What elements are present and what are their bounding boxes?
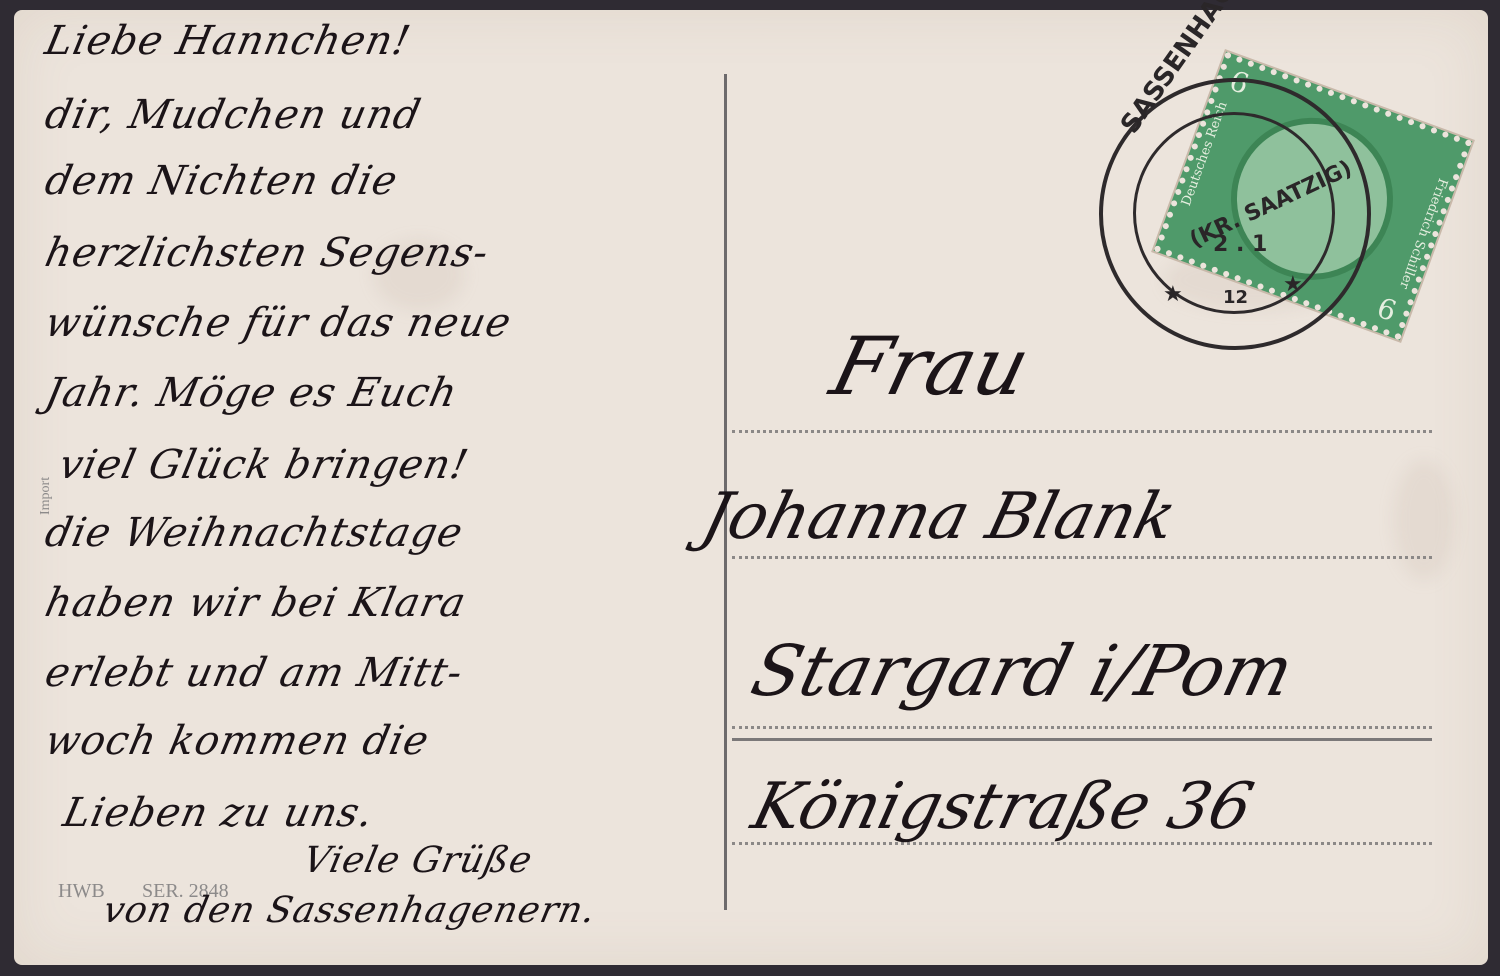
address-salutation: Frau — [822, 320, 1038, 413]
message-line: dem Nichten die — [41, 158, 402, 204]
address-line — [732, 556, 1432, 559]
stamp-portrait-name: Friedrich Schiller — [1397, 176, 1451, 291]
star-icon: ★ — [1163, 282, 1183, 307]
stamp-value: 6 — [1373, 291, 1401, 328]
address-line — [732, 430, 1432, 433]
message-line: viel Glück bringen! — [55, 442, 473, 488]
postmark-date: 2 . 1 — [1213, 232, 1267, 257]
message-line: Liebe Hannchen! — [41, 18, 415, 64]
postmark: SASSENHAGEN (KR. SAATZIG) 2 . 1 12 ★ ★ — [1099, 78, 1371, 350]
message-line: haben wir bei Klara — [41, 580, 470, 626]
message-line: Viele Grüße — [300, 840, 537, 881]
message-line: wünsche für das neue — [41, 300, 516, 346]
message-line: von den Sassenhagenern. — [100, 890, 600, 931]
address-city: Stargard i/Pom — [744, 630, 1302, 712]
address-line-solid — [732, 738, 1432, 741]
postmark-hour: 12 — [1223, 287, 1248, 308]
message-line: Lieben zu uns. — [59, 790, 378, 836]
address-street: Königstraße 36 — [745, 770, 1260, 844]
message-line: dir, Mudchen und — [41, 92, 425, 138]
address-line — [732, 726, 1432, 729]
message-line: woch kommen die — [41, 718, 433, 764]
message-line: Jahr. Möge es Euch — [41, 370, 462, 416]
stain — [1394, 460, 1454, 580]
message-line: herzlichsten Segens- — [41, 230, 493, 276]
publisher-mark: HWB — [58, 880, 105, 903]
message-line: erlebt und am Mitt- — [41, 650, 467, 696]
star-icon: ★ — [1283, 272, 1303, 297]
message-line: die Weihnachtstage — [41, 510, 467, 556]
postcard-back: Import HWB SER. 2848 Liebe Hannchen! dir… — [14, 10, 1488, 965]
address-name: Johanna Blank — [695, 480, 1184, 554]
